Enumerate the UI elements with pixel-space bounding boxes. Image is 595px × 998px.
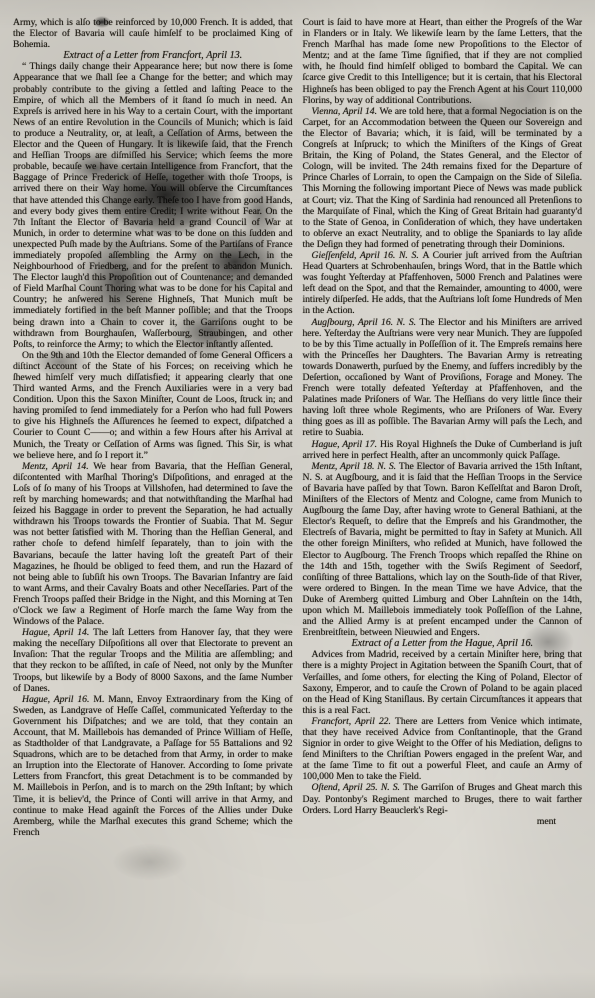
news-paragraph: Hague, April 17. His Royal Highneſs the … — [303, 439, 583, 461]
dateline: Hague, April 14. — [22, 627, 93, 638]
text-column-left: Army, which is alſo to be reinforced by … — [13, 17, 293, 988]
text-column-right: Court is ſaid to have more at Heart, tha… — [303, 17, 583, 988]
news-paragraph: “ Things daily change their Appearance h… — [13, 61, 293, 349]
news-paragraph: Augſbourg, April 16. N. S. The Elector a… — [303, 317, 583, 439]
news-paragraph: On the 9th and 10th the Elector demanded… — [13, 350, 293, 461]
text-columns: Army, which is alſo to be reinforced by … — [0, 0, 595, 998]
news-paragraph: Hague, April 16. M. Mann, Envoy Extraord… — [13, 694, 293, 838]
dateline: Gieſſenfeld, April 16. N. S. — [312, 250, 423, 261]
dateline: Oſtend, April 25. N. S. — [312, 782, 404, 793]
news-paragraph: Mentz, April 14. We hear from Bavaria, t… — [13, 461, 293, 627]
dateline: Mentz, April 18. N. S. — [312, 461, 399, 472]
news-paragraph: Oſtend, April 25. N. S. The Garriſon of … — [303, 782, 583, 815]
dateline: Mentz, April 14. — [22, 461, 93, 472]
news-paragraph: Army, which is alſo to be reinforced by … — [13, 17, 293, 50]
catchword: ment — [303, 816, 583, 827]
letter-extract-heading: Extract of a Letter from Francfort, Apri… — [13, 50, 293, 61]
news-paragraph: Court is ſaid to have more at Heart, tha… — [303, 17, 583, 106]
news-paragraph: Vienna, April 14. We are told here, that… — [303, 106, 583, 250]
news-paragraph: Hague, April 14. The laſt Letters from H… — [13, 627, 293, 694]
news-paragraph: Gieſſenfeld, April 16. N. S. A Courier j… — [303, 250, 583, 317]
dateline: Hague, April 17. — [312, 439, 381, 450]
dateline: Augſbourg, April 16. N. S. — [312, 317, 420, 328]
dateline: Francfort, April 22. — [312, 716, 395, 727]
newspaper-page: Army, which is alſo to be reinforced by … — [0, 0, 595, 998]
news-paragraph: Advices from Madrid, received by a certa… — [303, 649, 583, 716]
dateline: Vienna, April 14. — [312, 106, 380, 117]
letter-extract-heading: Extract of a Letter from the Hague, Apri… — [303, 638, 583, 649]
dateline: Hague, April 16. — [22, 694, 93, 705]
news-paragraph: Francfort, April 22. There are Letters f… — [303, 716, 583, 783]
news-paragraph: Mentz, April 18. N. S. The Elector of Ba… — [303, 461, 583, 639]
